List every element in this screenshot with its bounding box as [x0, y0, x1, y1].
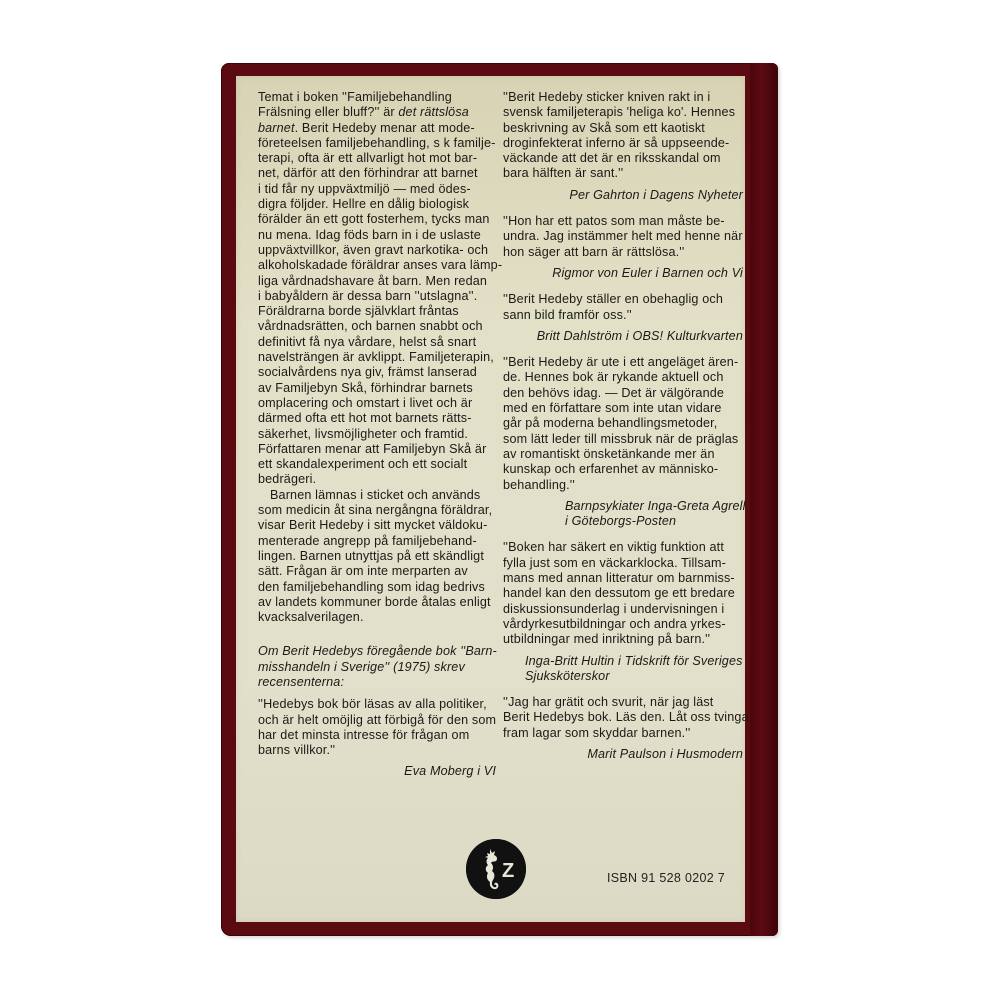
right-column: ''Berit Hedeby sticker kniven rakt in i …	[503, 90, 743, 762]
text-line: liga vårdnadshavare åt barn. Men redan	[258, 274, 496, 289]
review-quote: ''Hon har ett patos som man måste be- un…	[503, 214, 743, 281]
review-quote: ''Jag har grätit och svurit, när jag läs…	[503, 695, 743, 762]
book-title-italic: barnet	[258, 121, 295, 135]
book-back-cover: Temat i boken ''Familjebehandling Frälsn…	[221, 63, 778, 936]
text-line: behandling.''	[503, 478, 743, 493]
text-line: har det minsta intresse för frågan om	[258, 728, 496, 743]
text-line: omplacering och omstart i livet och är	[258, 396, 496, 411]
text-line: kvacksalverilagen.	[258, 610, 496, 625]
review-quote: ''Boken har säkert en viktig funktion at…	[503, 540, 743, 684]
text-line: vårdnadsrätten, och barnen snabbt och	[258, 319, 496, 334]
text-line: ''Hon har ett patos som man måste be-	[503, 214, 743, 229]
left-column: Temat i boken ''Familjebehandling Frälsn…	[258, 90, 496, 780]
text-line: Inga-Britt Hultin i Tidskrift för Sverig…	[503, 654, 743, 669]
text-line: företeelsen familjebehandling, s k famil…	[258, 136, 496, 151]
text-line: sann bild framför oss.''	[503, 308, 743, 323]
previous-book-quote: ''Hedebys bok bör läsas av alla politike…	[258, 697, 496, 779]
text-line: i Göteborgs-Posten	[503, 514, 743, 529]
text-line: visar Berit Hedeby i sitt mycket väldoku…	[258, 518, 496, 533]
text-line: Barnen lämnas i sticket och används	[258, 488, 496, 503]
quote-attribution: Britt Dahlström i OBS! Kulturkvarten	[503, 329, 743, 344]
text-line: ''Hedebys bok bör läsas av alla politike…	[258, 697, 496, 712]
text-line: barnet. Berit Hedeby menar att mode-	[258, 121, 496, 136]
review-quote: ''Berit Hedeby är ute i ett angeläget är…	[503, 355, 743, 529]
text-line: förälder än ett gott fosterhem, tycks ma…	[258, 212, 496, 227]
quote-attribution: Per Gahrton i Dagens Nyheter	[503, 188, 743, 203]
text-line: beskrivning av Skå som ett kaotiskt	[503, 121, 743, 136]
text-line: ''Berit Hedeby är ute i ett angeläget är…	[503, 355, 743, 370]
text-line: ''Boken har säkert en viktig funktion at…	[503, 540, 743, 555]
text-line: terapi, ofta är ett allvarligt hot mot b…	[258, 151, 496, 166]
text-line: digra följder. Hellre en dålig biologisk	[258, 197, 496, 212]
seahorse-z-logo-icon: Z	[466, 839, 526, 899]
text-line: den familjebehandling som idag bedrivs	[258, 580, 496, 595]
text-line: fylla just som en väckarklocka. Tillsam-	[503, 556, 743, 571]
text-line: av landets kommuner borde åtalas enligt	[258, 595, 496, 610]
text-line: med en författare som inte utan vidare	[503, 401, 743, 416]
text-line: därmed ofta ett hot mot barnets rätts-	[258, 411, 496, 426]
text-line: Barnpsykiater Inga-Greta Agrell	[503, 499, 743, 514]
review-quote: ''Berit Hedeby ställer en obehaglig och …	[503, 292, 743, 344]
text-line: Berit Hedebys bok. Läs den. Låt oss tvin…	[503, 710, 743, 725]
text-line: misshandeln i Sverige'' (1975) skrev	[258, 660, 496, 675]
text-line: alkoholskadade föräldrar anses vara lämp…	[258, 258, 496, 273]
text-line: av romantiskt önsketänkande mer än	[503, 447, 743, 462]
review-quote: ''Berit Hedeby sticker kniven rakt in i …	[503, 90, 743, 203]
text-line: säkerhet, livsmöjligheter och framtid.	[258, 427, 496, 442]
text-line: lingen. Barnen utnyttjas på ett skändlig…	[258, 549, 496, 564]
quote-attribution: Rigmor von Euler i Barnen och Vi	[503, 266, 743, 281]
text-line: definitivt få nya vårdare, helst så snar…	[258, 335, 496, 350]
text-line: hon säger att barn är rättslösa.''	[503, 245, 743, 260]
svg-text:Z: Z	[502, 860, 514, 882]
text-line: kunskap och erfarenhet av människo-	[503, 462, 743, 477]
text-line: menterade angrepp på familjebehand-	[258, 534, 496, 549]
text-line: navelsträngen är avklippt. Familjeterapi…	[258, 350, 496, 365]
second-paragraph: Barnen lämnas i sticket och används som …	[258, 488, 496, 626]
text-line: recensenterna:	[258, 675, 496, 690]
text-line: Författaren menar att Familjebyn Skå är	[258, 442, 496, 457]
intro-paragraph: Temat i boken ''Familjebehandling Frälsn…	[258, 90, 496, 488]
text-line: ett skandalexperiment och ett socialt	[258, 457, 496, 472]
text-line: Föräldrarna borde självklart fråntas	[258, 304, 496, 319]
text-line: i tid får ny uppväxtmiljö — med ödes-	[258, 182, 496, 197]
text-line: barns villkor.''	[258, 743, 496, 758]
text-line: den behövs idag. — Det är välgörande	[503, 386, 743, 401]
quote-attribution: Marit Paulson i Husmodern	[503, 747, 743, 762]
text-line: vårdyrkesutbildningar och andra yrkes-	[503, 617, 743, 632]
text-line: fram lagar som skyddar barnen.''	[503, 726, 743, 741]
book-spine-edge	[750, 63, 778, 936]
text-line: väckande att det är en riksskandal om	[503, 151, 743, 166]
text-line: handel kan den dessutom ge ett bredare	[503, 586, 743, 601]
text-line: Frälsning eller bluff?'' är det rättslös…	[258, 105, 496, 120]
text-line: mans med annan litteratur om barnmiss-	[503, 571, 743, 586]
text-line: bara hälften är sant.''	[503, 166, 743, 181]
text-line: uppväxtvillkor, även gravt narkotika- oc…	[258, 243, 496, 258]
quote-attribution: Eva Moberg i VI	[258, 764, 496, 779]
text-line: sätt. Frågan är om inte merparten av	[258, 564, 496, 579]
text-line: undra. Jag instämmer helt med henne när	[503, 229, 743, 244]
isbn-number: ISBN 91 528 0202 7	[607, 871, 725, 885]
text-line: går på moderna behandlingsmetoder,	[503, 416, 743, 431]
text-line: av Familjebyn Skå, förhindrar barnets	[258, 381, 496, 396]
text-line: droginfekterat inferno är så uppseende-	[503, 136, 743, 151]
text-line: diskussionsunderlag i undervisningen i	[503, 602, 743, 617]
text-line: nu mena. Idag föds barn in i de uslaste	[258, 228, 496, 243]
text-line: ''Jag har grätit och svurit, när jag läs…	[503, 695, 743, 710]
text-line: som lätt leder till missbruk när de präg…	[503, 432, 743, 447]
text-line: svensk familjeterapis 'heliga ko'. Henne…	[503, 105, 743, 120]
text-line: utbildningar med inriktning på barn.''	[503, 632, 743, 647]
text-line: och är helt omöjlig att förbigå för den …	[258, 713, 496, 728]
text-line: Om Berit Hedebys föregående bok ''Barn-	[258, 644, 496, 659]
book-title-italic: det rättslösa	[398, 105, 469, 119]
quote-attribution: Inga-Britt Hultin i Tidskrift för Sverig…	[503, 654, 743, 685]
text-line: som medicin åt sina nergångna föräldrar,	[258, 503, 496, 518]
text-line: ''Berit Hedeby ställer en obehaglig och	[503, 292, 743, 307]
text-line: net, därför att den förhindrar att barne…	[258, 166, 496, 181]
cover-text-panel: Temat i boken ''Familjebehandling Frälsn…	[236, 76, 745, 922]
quote-attribution: Barnpsykiater Inga-Greta Agrell i Götebo…	[503, 499, 743, 530]
previous-book-intro: Om Berit Hedebys föregående bok ''Barn- …	[258, 644, 496, 690]
text-line: i babyåldern är dessa barn ''utslagna''.	[258, 289, 496, 304]
text-line: bedrägeri.	[258, 472, 496, 487]
text-line: de. Hennes bok är rykande aktuell och	[503, 370, 743, 385]
text-line: socialvårdens nya giv, främst lanserad	[258, 365, 496, 380]
text-line: ''Berit Hedeby sticker kniven rakt in i	[503, 90, 743, 105]
text-line: Temat i boken ''Familjebehandling	[258, 90, 496, 105]
text-line: Sjuksköterskor	[503, 669, 743, 684]
